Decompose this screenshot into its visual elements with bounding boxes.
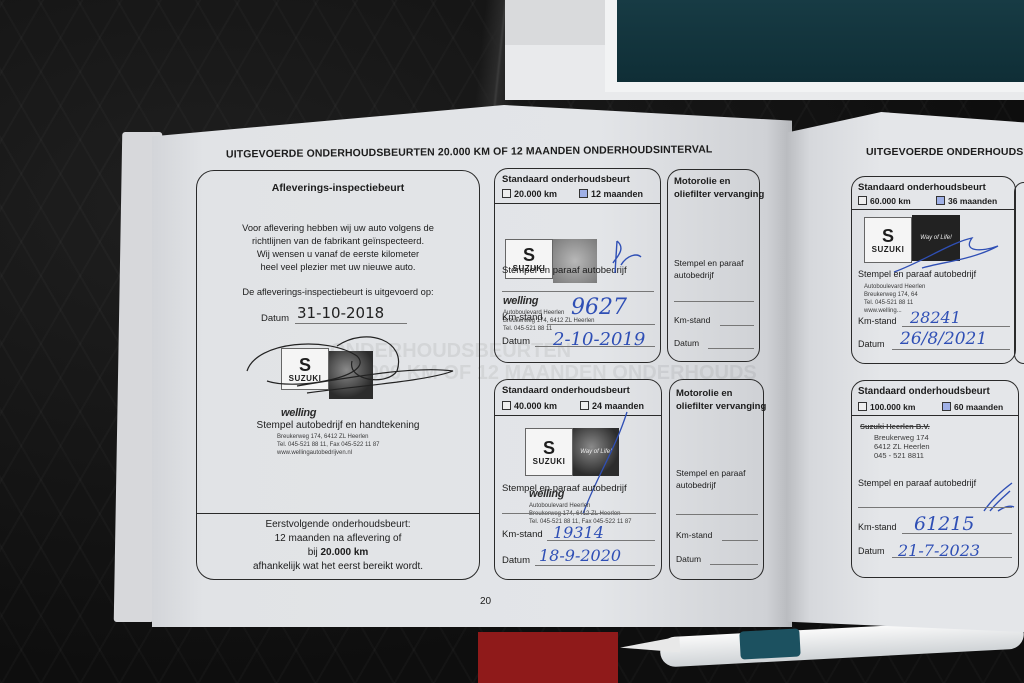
date-line xyxy=(710,564,758,565)
panel-title: Afleverings-inspectiebeurt xyxy=(197,181,479,195)
date-line xyxy=(295,323,407,324)
stamp-label: Stempel en paraaf xyxy=(676,468,745,478)
signature-line xyxy=(858,507,1012,508)
intro-line: richtlijnen van de fabrikant geïnspectee… xyxy=(197,234,479,248)
km-option: 100.000 km xyxy=(858,402,915,412)
performed-on-label: De afleverings-inspectiebeurt is uitgevo… xyxy=(197,285,479,299)
date-label: Datum xyxy=(676,554,701,564)
service-panel-40000: Standaard onderhoudsbeurt 40.000 km 24 m… xyxy=(494,379,662,580)
next-service-km: 20.000 km xyxy=(320,547,368,558)
oil-change-panel: Motorolie en oliefilter vervanging Stemp… xyxy=(667,169,760,362)
stamp-address: 045 - 521 8811 xyxy=(874,451,924,460)
stamp-address: 6412 ZL Heerlen xyxy=(874,442,930,451)
stamp-company: Suzuki Heerlen B.V. xyxy=(860,423,930,431)
handwritten-date: 26/8/2021 xyxy=(900,329,987,349)
panel-title: Motorolie en xyxy=(676,388,732,399)
dealer-logo: welling xyxy=(281,407,316,419)
panel-title: Standaard onderhoudsbeurt xyxy=(858,182,986,193)
delivery-inspection-panel: Afleverings-inspectiebeurt Voor afleveri… xyxy=(196,170,480,580)
suzuki-s-icon: S xyxy=(543,439,555,457)
month-option: 12 maanden xyxy=(579,189,643,199)
panel-title: oliefilter vervanging xyxy=(676,401,766,412)
intro-line: Voor aflevering hebben wij uw auto volge… xyxy=(197,221,479,235)
panel-title: oliefilter vervanging xyxy=(674,189,764,200)
intro-line: heel veel plezier met uw nieuwe auto. xyxy=(197,260,479,274)
panel-title: Standaard onderhoudsbeurt xyxy=(502,385,630,396)
stamp-label: Stempel en paraaf autobedrijf xyxy=(858,478,976,488)
date-label: Datum xyxy=(502,336,530,347)
date-line xyxy=(708,348,754,349)
handwritten-km: 9627 xyxy=(571,295,627,320)
page-heading: UITGEVOERDE ONDERHOUDS xyxy=(866,146,1023,158)
checkbox-km[interactable] xyxy=(858,402,867,411)
stamp-label: Stempel en paraaf autobedrijf xyxy=(858,269,976,279)
stamp-address: Autoboulevard Heerlen xyxy=(864,283,925,291)
stamp-address: www.welling... xyxy=(864,307,902,315)
panel-divider xyxy=(852,415,1018,416)
panel-title: Standaard onderhoudsbeurt xyxy=(502,174,630,185)
handwritten-km: 61215 xyxy=(914,513,974,535)
signature-line xyxy=(676,514,758,515)
signature-line xyxy=(502,291,654,292)
date-label: Datum xyxy=(858,546,885,556)
month-option: 60 maanden xyxy=(942,402,1003,412)
oil-change-panel: Motorolie en oliefilter vervanging Stemp… xyxy=(669,379,764,580)
handwritten-date: 2-10-2019 xyxy=(553,329,645,350)
km-option: 60.000 km xyxy=(858,196,911,206)
checkbox-km[interactable] xyxy=(502,189,511,198)
stamp-photo xyxy=(553,239,597,283)
km-option: 20.000 km xyxy=(502,189,557,199)
signature-line xyxy=(674,301,754,302)
stamp-label: autobedrijf xyxy=(674,270,714,280)
suzuki-stamp-logo: SSUZUKI xyxy=(525,428,573,476)
oil-change-panel-partial xyxy=(1014,182,1024,364)
intro-line: Wij wensen u vanaf de eerste kilometer xyxy=(197,247,479,261)
stamp-address: Breukerweg 174, 64 xyxy=(864,291,918,299)
checkbox-months-checked[interactable] xyxy=(942,402,951,411)
signature-line xyxy=(502,513,656,514)
stamp-address: Breukerweg 174, 6412 ZL Heerlen xyxy=(277,433,369,441)
manual-box xyxy=(505,0,1024,100)
date-label: Datum xyxy=(502,555,530,566)
km-label: Km-stand xyxy=(858,522,897,532)
km-option: 40.000 km xyxy=(502,401,557,411)
date-label: Datum xyxy=(674,338,699,348)
initials-scribble xyxy=(607,239,647,279)
date-label: Datum xyxy=(858,339,885,349)
stamp-address: Autoboulevard Heerlen xyxy=(529,502,590,510)
next-service-line: Eerstvolgende onderhoudsbeurt: xyxy=(197,518,479,532)
handwritten-date: 31-10-2018 xyxy=(297,304,384,322)
handwritten-km: 28241 xyxy=(910,308,961,327)
checkbox-months-checked[interactable] xyxy=(579,189,588,198)
red-object xyxy=(478,632,618,683)
month-option: 36 maanden xyxy=(936,196,997,206)
checkbox-months[interactable] xyxy=(580,401,589,410)
checkbox-km[interactable] xyxy=(858,196,867,205)
km-label: Km-stand xyxy=(676,530,712,540)
km-label: Km-stand xyxy=(502,529,543,540)
km-line xyxy=(722,540,758,541)
km-line xyxy=(547,324,655,325)
handwritten-date: 18-9-2020 xyxy=(539,546,621,565)
stamp-address: Breukerweg 174 xyxy=(874,433,929,442)
date-line xyxy=(892,349,1010,350)
next-service-line: bij 20.000 km xyxy=(197,546,479,560)
handwritten-km: 19314 xyxy=(553,523,604,542)
panel-divider xyxy=(495,203,660,204)
signature-scribble xyxy=(237,331,467,411)
panel-divider xyxy=(197,513,479,514)
stamp-label: autobedrijf xyxy=(676,480,716,490)
stamp-caption: Stempel autobedrijf en handtekening xyxy=(197,419,479,433)
stamp-address: www.wellingautobedrijven.nl xyxy=(277,449,352,457)
date-line xyxy=(535,565,655,566)
checkbox-km[interactable] xyxy=(502,401,511,410)
panel-title: Motorolie en xyxy=(674,176,730,187)
dealer-logo: welling xyxy=(503,295,538,307)
service-panel-100000: Standaard onderhoudsbeurt 100.000 km 60 … xyxy=(851,380,1019,578)
stamp-address: Tel. 045-521 88 11 xyxy=(503,325,552,333)
stamp-address: Tel. 045-521 88 11, Fax 045-522 11 87 xyxy=(277,441,380,449)
km-label: Km-stand xyxy=(858,316,897,326)
stamp-label: Stempel en paraaf xyxy=(674,258,743,268)
initials-scribble xyxy=(980,481,1016,515)
km-line xyxy=(720,325,754,326)
panel-divider xyxy=(852,209,1015,210)
next-service-line: afhankelijk wat het eerst bereikt wordt. xyxy=(197,560,479,574)
handwritten-date: 21-7-2023 xyxy=(898,541,980,560)
page-number: 20 xyxy=(480,596,491,607)
suzuki-s-icon: S xyxy=(523,246,535,264)
km-label: Km-stand xyxy=(674,315,710,325)
checkbox-months-checked[interactable] xyxy=(936,196,945,205)
date-label: Datum xyxy=(261,313,289,324)
stamp-address: Tel. 045-521 88 11 xyxy=(864,299,913,307)
dealer-logo: welling xyxy=(529,488,564,500)
service-panel-60000: Standaard onderhoudsbeurt 60.000 km 36 m… xyxy=(851,176,1016,364)
stamp-label: Stempel en paraaf autobedrijf xyxy=(502,483,627,494)
next-service-line: 12 maanden na aflevering of xyxy=(197,532,479,546)
km-label: Km-stand xyxy=(502,312,543,323)
panel-title: Standaard onderhoudsbeurt xyxy=(858,386,990,397)
service-panel-20000: Standaard onderhoudsbeurt 20.000 km 12 m… xyxy=(494,168,661,363)
stamp-address: Breukerweg 174, 6412 ZL Heerlen xyxy=(529,510,621,518)
